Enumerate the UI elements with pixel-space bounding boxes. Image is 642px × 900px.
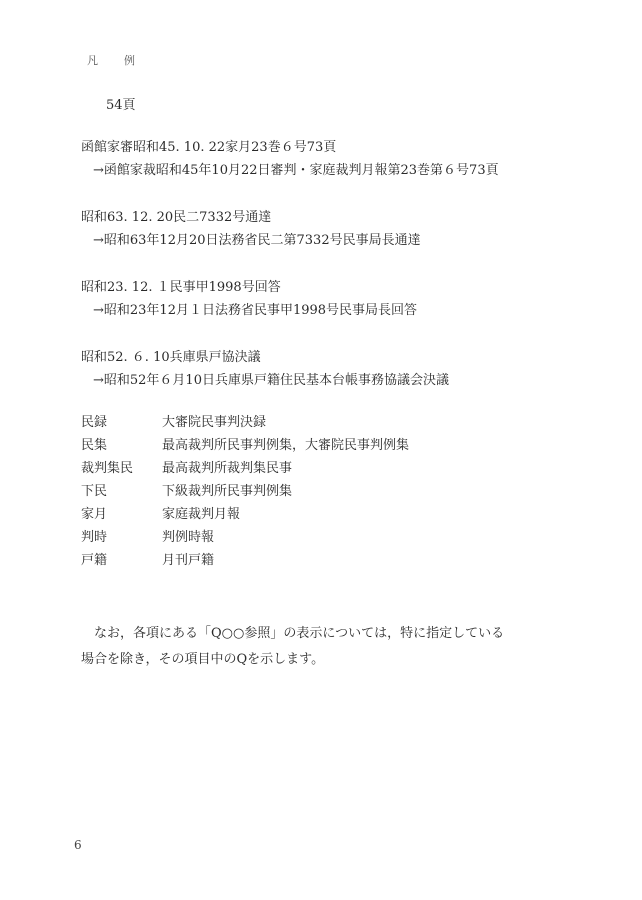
citation-full: →昭和23年12月１日法務省民事甲1998号民事局長回答 [81,302,551,325]
abbreviation-value: 最高裁判所裁判集民事 [162,459,292,482]
citation-short: 函館家審昭和45. 10. 22家月23巻６号73頁 [81,139,551,162]
abbreviation-key: 民録 [81,413,162,436]
abbreviation-key: 下民 [81,482,162,505]
citation-full: →昭和63年12月20日法務省民二第7332号民事局長通達 [81,232,551,255]
abbreviation-key: 戸籍 [81,551,162,574]
abbreviation-row: 民録 大審院民事判決録 [81,413,409,436]
abbreviation-key: 家月 [81,505,162,528]
page-header: 凡例 [87,52,135,68]
abbreviation-key: 判時 [81,528,162,551]
abbreviation-value: 判例時報 [162,528,214,551]
note-line-1: なお，各項にある「Q○○参照」の表示については，特に指定している [81,621,551,647]
citation-short: 昭和23. 12. １民事甲1998号回答 [81,279,551,302]
citation-short: 昭和63. 12. 20民二7332号通達 [81,209,551,232]
abbreviation-table: 民録 大審院民事判決録 民集 最高裁判所民事判例集，大審院民事判例集 裁判集民 … [81,413,409,574]
citation-block: 函館家審昭和45. 10. 22家月23巻６号73頁 →函館家裁昭和45年10月… [81,139,551,185]
abbreviation-key: 民集 [81,436,162,459]
citation-short: 昭和52. ６. 10兵庫県戸協決議 [81,349,551,372]
citation-full: →昭和52年６月10日兵庫県戸籍住民基本台帳事務協議会決議 [81,372,551,395]
citation-full: →函館家裁昭和45年10月22日審判・家庭裁判月報第23巻第６号73頁 [81,162,551,185]
abbreviation-value: 月刊戸籍 [162,551,214,574]
header-title-part1: 凡 [87,54,98,67]
abbreviation-value: 下級裁判所民事判例集 [162,482,292,505]
abbreviation-value: 家庭裁判月報 [162,505,240,528]
abbreviation-row: 判時 判例時報 [81,528,409,551]
abbreviation-row: 裁判集民 最高裁判所裁判集民事 [81,459,409,482]
citation-block: 昭和23. 12. １民事甲1998号回答 →昭和23年12月１日法務省民事甲1… [81,279,551,325]
abbreviation-row: 民集 最高裁判所民事判例集，大審院民事判例集 [81,436,409,459]
page-reference: 54頁 [106,94,136,113]
abbreviation-row: 戸籍 月刊戸籍 [81,551,409,574]
citation-examples: 函館家審昭和45. 10. 22家月23巻６号73頁 →函館家裁昭和45年10月… [81,139,551,419]
abbreviation-value: 大審院民事判決録 [162,413,266,436]
header-title-part2: 例 [124,54,135,67]
abbreviation-row: 家月 家庭裁判月報 [81,505,409,528]
note-paragraph: なお，各項にある「Q○○参照」の表示については，特に指定している 場合を除き，そ… [81,621,551,673]
abbreviation-key: 裁判集民 [81,459,162,482]
citation-block: 昭和63. 12. 20民二7332号通達 →昭和63年12月20日法務省民二第… [81,209,551,255]
page-number: 6 [74,838,82,852]
citation-block: 昭和52. ６. 10兵庫県戸協決議 →昭和52年６月10日兵庫県戸籍住民基本台… [81,349,551,395]
abbreviation-value: 最高裁判所民事判例集，大審院民事判例集 [162,436,409,459]
note-line-2: 場合を除き，その項目中のQを示します。 [81,647,551,673]
abbreviation-row: 下民 下級裁判所民事判例集 [81,482,409,505]
